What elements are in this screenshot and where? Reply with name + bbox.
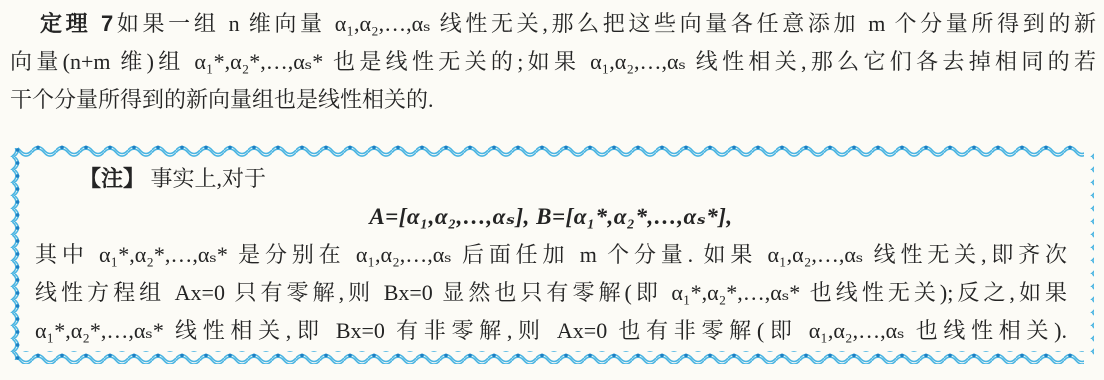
note-line-1: 其中 α₁*,α₂*,…,αₛ* 是分别在 α₁,α₂,…,αₛ 后面任加 m … <box>35 236 1067 274</box>
theorem-paragraph: 定理 7如果一组 n 维向量 α₁,α₂,…,αₛ 线性无关,那么把这些向量各任… <box>0 0 1104 119</box>
theorem-line-3: 干个分量所得到的新向量组也是线性相关的. <box>10 81 1096 119</box>
theorem-line-1-text: 如果一组 n 维向量 α₁,α₂,…,αₛ 线性无关,那么把这些向量各任意添加 … <box>113 11 1096 36</box>
note-intro-text: 事实上,对于 <box>151 166 267 191</box>
theorem-label: 定理 7 <box>40 11 113 36</box>
note-box: 【注】 事实上,对于 A=[α₁,α₂,…,αₛ], B=[α₁*,α₂*,…,… <box>8 144 1094 364</box>
note-line-3: α₁*,α₂*,…,αₛ* 线性相关,即 Bx=0 有非零解,则 Ax=0 也有… <box>35 312 1067 350</box>
note-label: 【注】 <box>79 166 145 191</box>
note-intro-line: 【注】 事实上,对于 <box>35 160 1067 198</box>
note-content: 【注】 事实上,对于 A=[α₁,α₂,…,αₛ], B=[α₁*,α₂*,…,… <box>21 157 1081 351</box>
textbook-page: 定理 7如果一组 n 维向量 α₁,α₂,…,αₛ 线性无关,那么把这些向量各任… <box>0 0 1104 364</box>
note-line-2: 线性方程组 Ax=0 只有零解,则 Bx=0 显然也只有零解(即 α₁*,α₂*… <box>35 274 1067 312</box>
note-equation: A=[α₁,α₂,…,αₛ], B=[α₁*,α₂*,…,αₛ*], <box>35 198 1067 236</box>
theorem-line-2: 向量(n+m 维)组 α₁*,α₂*,…,αₛ* 也是线性无关的;如果 α₁,α… <box>10 43 1096 81</box>
theorem-line-1: 定理 7如果一组 n 维向量 α₁,α₂,…,αₛ 线性无关,那么把这些向量各任… <box>10 5 1096 43</box>
